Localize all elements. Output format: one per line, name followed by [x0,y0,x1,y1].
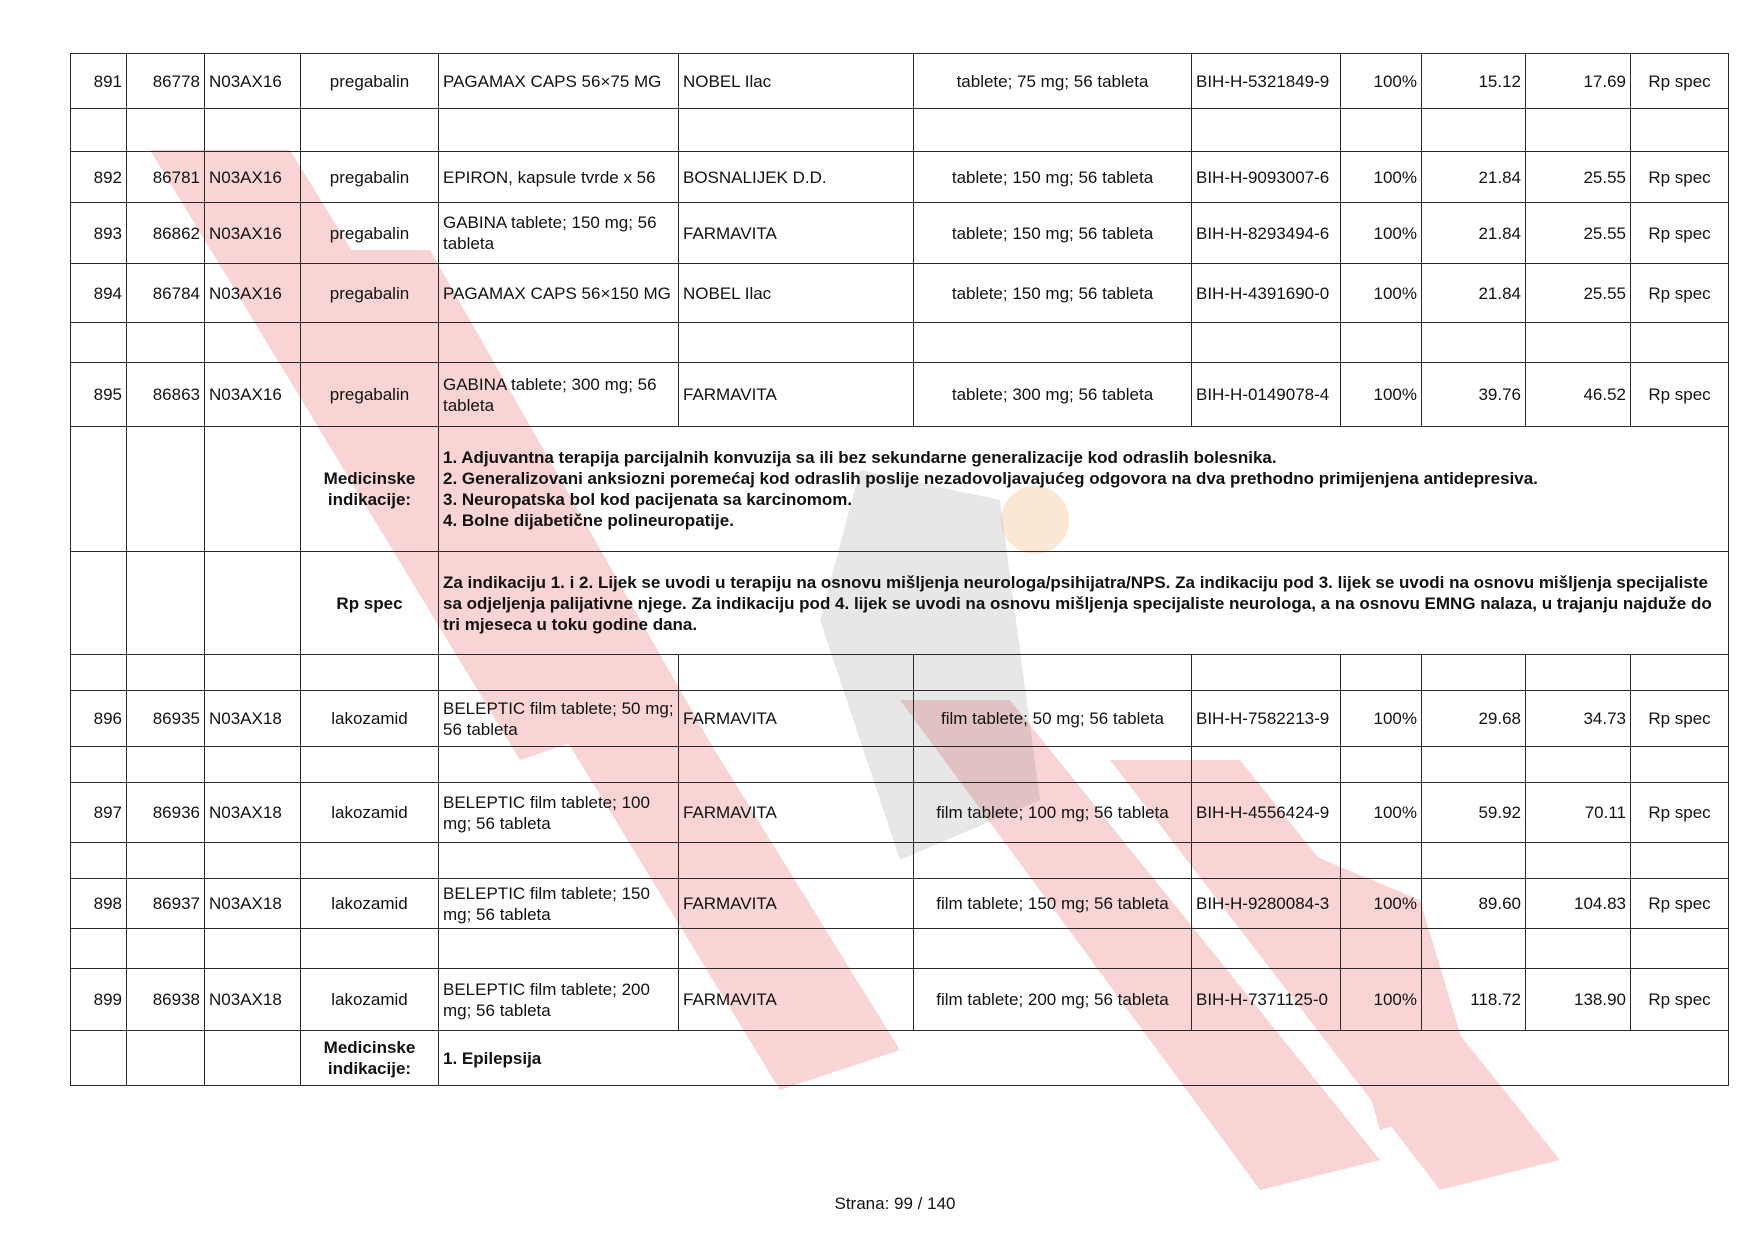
atc-code: N03AX16 [205,363,301,427]
pharmaceutical-form: tablete; 150 mg; 56 tableta [914,264,1192,323]
manufacturer: NOBEL Ilac [679,54,914,109]
price-reference: 39.76 [1422,363,1526,427]
spacer-row [71,323,1729,363]
row-number: 893 [71,203,127,264]
atc-code: N03AX18 [205,879,301,929]
pharmaceutical-form: tablete; 300 mg; 56 tableta [914,363,1192,427]
pharmaceutical-form: film tablete; 100 mg; 56 tableta [914,783,1192,843]
price-reference: 15.12 [1422,54,1526,109]
product-name: EPIRON, kapsule tvrde x 56 [439,152,679,203]
pharmaceutical-form: tablete; 75 mg; 56 tableta [914,54,1192,109]
generic-name: pregabalin [301,54,439,109]
participation-percent: 100% [1341,691,1422,747]
manufacturer: FARMAVITA [679,203,914,264]
participation-percent: 100% [1341,879,1422,929]
row-number: 897 [71,783,127,843]
manufacturer: FARMAVITA [679,969,914,1031]
drug-code: 86784 [127,264,205,323]
price-retail: 104.83 [1526,879,1631,929]
spacer-row [71,929,1729,969]
spacer-row [71,109,1729,152]
generic-name: pregabalin [301,203,439,264]
manufacturer: FARMAVITA [679,879,914,929]
price-retail: 70.11 [1526,783,1631,843]
registration-number: BIH-H-7582213-9 [1192,691,1341,747]
prescription-regime: Rp spec [1631,152,1729,203]
note-text: 1. Adjuvantna terapija parcijalnih konvu… [439,427,1729,552]
page-number: Strana: 99 / 140 [0,1194,1754,1214]
registration-number: BIH-H-8293494-6 [1192,203,1341,264]
pharmaceutical-form: film tablete; 150 mg; 56 tableta [914,879,1192,929]
note-text: 1. Epilepsija [439,1031,1729,1086]
table-row: 89986938N03AX18lakozamidBELEPTIC film ta… [71,969,1729,1031]
drug-code: 86938 [127,969,205,1031]
note-line: 2. Generalizovani anksiozni poremećaj ko… [443,468,1724,489]
row-number: 896 [71,691,127,747]
prescription-regime: Rp spec [1631,54,1729,109]
registration-number: BIH-H-5321849-9 [1192,54,1341,109]
drug-register-table: 89186778N03AX16pregabalinPAGAMAX CAPS 56… [70,53,1729,1086]
note-row: Medicinske indikacije:1. Adjuvantna tera… [71,427,1729,552]
registration-number: BIH-H-4556424-9 [1192,783,1341,843]
pharmaceutical-form: film tablete; 200 mg; 56 tableta [914,969,1192,1031]
price-retail: 46.52 [1526,363,1631,427]
price-reference: 29.68 [1422,691,1526,747]
atc-code: N03AX16 [205,152,301,203]
generic-name: lakozamid [301,691,439,747]
pharmaceutical-form: tablete; 150 mg; 56 tableta [914,152,1192,203]
participation-percent: 100% [1341,264,1422,323]
drug-code: 86936 [127,783,205,843]
note-row: Medicinske indikacije:1. Epilepsija [71,1031,1729,1086]
manufacturer: FARMAVITA [679,691,914,747]
generic-name: lakozamid [301,969,439,1031]
note-line: 3. Neuropatska bol kod pacijenata sa kar… [443,489,1724,510]
note-line: 4. Bolne dijabetične polineuropatije. [443,510,1724,531]
registration-number: BIH-H-0149078-4 [1192,363,1341,427]
manufacturer: FARMAVITA [679,783,914,843]
table-row: 89686935N03AX18lakozamidBELEPTIC film ta… [71,691,1729,747]
atc-code: N03AX16 [205,264,301,323]
note-row: Rp specZa indikaciju 1. i 2. Lijek se uv… [71,552,1729,655]
price-retail: 25.55 [1526,203,1631,264]
price-retail: 34.73 [1526,691,1631,747]
drug-code: 86778 [127,54,205,109]
product-name: GABINA tablete; 150 mg; 56 tableta [439,203,679,264]
drug-code: 86935 [127,691,205,747]
generic-name: pregabalin [301,363,439,427]
price-retail: 138.90 [1526,969,1631,1031]
participation-percent: 100% [1341,203,1422,264]
participation-percent: 100% [1341,783,1422,843]
pharmaceutical-form: film tablete; 50 mg; 56 tableta [914,691,1192,747]
note-label: Medicinske indikacije: [301,1031,439,1086]
row-number: 895 [71,363,127,427]
prescription-regime: Rp spec [1631,363,1729,427]
drug-code: 86862 [127,203,205,264]
product-name: BELEPTIC film tablete; 100 mg; 56 tablet… [439,783,679,843]
atc-code: N03AX18 [205,691,301,747]
atc-code: N03AX18 [205,969,301,1031]
manufacturer: BOSNALIJEK D.D. [679,152,914,203]
row-number: 899 [71,969,127,1031]
product-name: PAGAMAX CAPS 56×75 MG [439,54,679,109]
spacer-row [71,747,1729,783]
manufacturer: NOBEL Ilac [679,264,914,323]
atc-code: N03AX18 [205,783,301,843]
note-label: Rp spec [301,552,439,655]
product-name: BELEPTIC film tablete; 200 mg; 56 tablet… [439,969,679,1031]
registration-number: BIH-H-7371125-0 [1192,969,1341,1031]
table-row: 89786936N03AX18lakozamidBELEPTIC film ta… [71,783,1729,843]
product-name: BELEPTIC film tablete; 50 mg; 56 tableta [439,691,679,747]
document-page: 89186778N03AX16pregabalinPAGAMAX CAPS 56… [0,0,1754,1240]
note-label: Medicinske indikacije: [301,427,439,552]
prescription-regime: Rp spec [1631,203,1729,264]
product-name: GABINA tablete; 300 mg; 56 tableta [439,363,679,427]
table-row: 89886937N03AX18lakozamidBELEPTIC film ta… [71,879,1729,929]
prescription-regime: Rp spec [1631,783,1729,843]
price-reference: 21.84 [1422,152,1526,203]
product-name: BELEPTIC film tablete; 150 mg; 56 tablet… [439,879,679,929]
price-retail: 25.55 [1526,152,1631,203]
table-row: 89186778N03AX16pregabalinPAGAMAX CAPS 56… [71,54,1729,109]
drug-code: 86781 [127,152,205,203]
drug-code: 86863 [127,363,205,427]
registration-number: BIH-H-4391690-0 [1192,264,1341,323]
price-retail: 17.69 [1526,54,1631,109]
participation-percent: 100% [1341,152,1422,203]
note-line: Za indikaciju 1. i 2. Lijek se uvodi u t… [443,572,1724,635]
participation-percent: 100% [1341,363,1422,427]
prescription-regime: Rp spec [1631,691,1729,747]
pharmaceutical-form: tablete; 150 mg; 56 tableta [914,203,1192,264]
row-number: 892 [71,152,127,203]
generic-name: lakozamid [301,783,439,843]
table-row: 89486784N03AX16pregabalinPAGAMAX CAPS 56… [71,264,1729,323]
price-retail: 25.55 [1526,264,1631,323]
row-number: 898 [71,879,127,929]
price-reference: 21.84 [1422,203,1526,264]
row-number: 894 [71,264,127,323]
participation-percent: 100% [1341,969,1422,1031]
atc-code: N03AX16 [205,203,301,264]
note-line: 1. Adjuvantna terapija parcijalnih konvu… [443,447,1724,468]
prescription-regime: Rp spec [1631,264,1729,323]
drug-code: 86937 [127,879,205,929]
price-reference: 59.92 [1422,783,1526,843]
price-reference: 21.84 [1422,264,1526,323]
product-name: PAGAMAX CAPS 56×150 MG [439,264,679,323]
row-number: 891 [71,54,127,109]
spacer-row [71,655,1729,691]
registration-number: BIH-H-9093007-6 [1192,152,1341,203]
note-text: Za indikaciju 1. i 2. Lijek se uvodi u t… [439,552,1729,655]
spacer-row [71,843,1729,879]
table-row: 89586863N03AX16pregabalinGABINA tablete;… [71,363,1729,427]
prescription-regime: Rp spec [1631,969,1729,1031]
generic-name: pregabalin [301,152,439,203]
note-line: 1. Epilepsija [443,1048,1724,1069]
prescription-regime: Rp spec [1631,879,1729,929]
registration-number: BIH-H-9280084-3 [1192,879,1341,929]
price-reference: 118.72 [1422,969,1526,1031]
atc-code: N03AX16 [205,54,301,109]
participation-percent: 100% [1341,54,1422,109]
manufacturer: FARMAVITA [679,363,914,427]
table-row: 89386862N03AX16pregabalinGABINA tablete;… [71,203,1729,264]
table-row: 89286781N03AX16pregabalinEPIRON, kapsule… [71,152,1729,203]
generic-name: lakozamid [301,879,439,929]
generic-name: pregabalin [301,264,439,323]
price-reference: 89.60 [1422,879,1526,929]
